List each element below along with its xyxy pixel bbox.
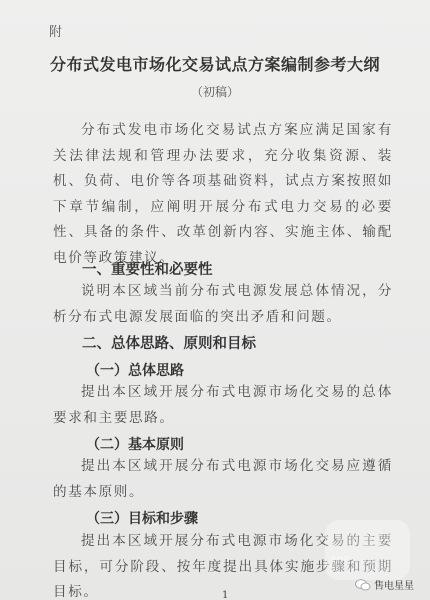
subsection-body-1: 提出本区域开展分布式电源市场化交易的总体要求和主要思路。 [53,380,393,431]
document-page: 附 分布式发电市场化交易试点方案编制参考大纲 （初稿） 分布式发电市场化交易试点… [0,0,430,600]
wechat-icon [355,579,371,591]
annex-label: 附 [49,21,62,40]
subsection-heading-1: （一）总体思路 [86,360,184,380]
watermark-logo [325,520,410,580]
watermark-logo-text: PHP [331,555,350,564]
subsection-body-2: 提出本区域开展分布式电源市场化交易应遵循的基本原则。 [53,454,393,505]
section-heading-2: 二、总体思路、原则和目标 [82,332,256,353]
watermark-badge-text: 售电星星 [374,577,414,592]
document-title: 分布式发电市场化交易试点方案编制参考大纲 [0,52,430,75]
document-subtitle: （初稿） [0,83,430,100]
section-body-1: 说明本区域当前分布式电源发展总体情况，分析分布式电源发展面临的突出矛盾和问题。 [53,279,393,330]
subsection-heading-2: （二）基本原则 [86,434,184,454]
page-number: 1 [222,590,228,600]
section-heading-1: 一、重要性和必要性 [82,258,213,279]
watermark-badge: 售电星星 [355,577,414,592]
intro-paragraph: 分布式发电市场化交易试点方案应满足国家有关法律法规和管理办法要求，充分收集资源、… [53,118,393,271]
subsection-heading-3: （三）目标和步骤 [86,508,198,528]
